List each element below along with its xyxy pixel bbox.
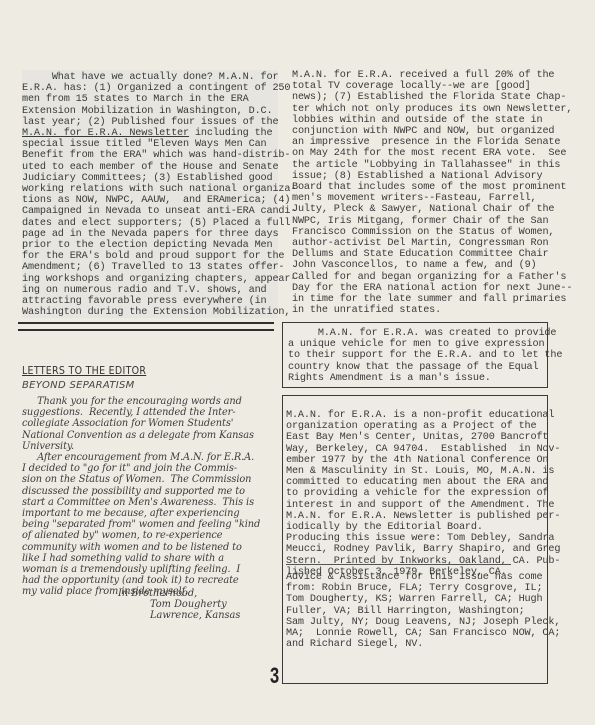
text-line: woman is a tremendously uplifting feelin… (22, 564, 260, 575)
text-line: ing on numerous radio and T.V. shows, an… (22, 285, 278, 296)
text-line: country know that the passage of the Equ… (288, 362, 562, 373)
text-line: Extension Mobilization in Washington, D.… (22, 106, 278, 117)
text-line: start a Committee on Men's Awareness. Th… (22, 497, 260, 508)
text-line: in time for the late summer and fall pri… (292, 294, 558, 305)
text-line: Washington during the Extension Mobiliza… (22, 307, 278, 318)
left-column-article: What have we actually done? M.A.N. forE.… (22, 70, 278, 318)
letter-closing: In Brotherhood, (118, 588, 197, 599)
text-line: men's movement writers--Fasteau, Farrell… (292, 193, 558, 204)
text-line: ter which not only produces its own News… (292, 104, 558, 115)
about-box-divider (286, 564, 511, 565)
text-line: an impressive presence in the Florida Se… (292, 137, 558, 148)
text-line: What have we actually done? M.A.N. for (22, 72, 278, 83)
letter-body: Thank you for the encouraging words ands… (22, 396, 260, 598)
text-line: Amendment; (6) Travelled to 13 states of… (22, 262, 278, 273)
text-line: in the unratified states. (292, 305, 558, 316)
text-line: prior to the election depicting Nevada M… (22, 240, 278, 251)
text-line: Meucci, Rodney Pavlik, Barry Shapiro, an… (286, 544, 560, 555)
text-line: M.A.N. for E.R.A. was created to provide (288, 328, 562, 339)
text-line: attracting favorable press everywhere (i… (22, 296, 278, 307)
text-line: had the opportunity (and took it) to rec… (22, 575, 260, 586)
text-line: men from 15 states to March in the ERA (22, 94, 278, 105)
letter-title: BEYOND SEPARATISM (22, 380, 135, 391)
text-line: dates and elect supporters; (5) Placed a… (22, 218, 278, 229)
text-line: lobbies within and outside of the state … (292, 115, 558, 126)
text-line: Rights Amendment is a man's issue. (288, 373, 562, 384)
text-line: Thank you for the encouraging words and (22, 396, 260, 407)
text-line: collegiate Association for Women Student… (22, 418, 260, 429)
text-line: to providing a vehicle for the expressio… (286, 488, 560, 499)
text-line: being "separated from" women and feeling… (22, 519, 260, 530)
text-line: John Vasconcellos, to name a few, and (9… (292, 260, 558, 271)
text-line: Judiciary Committees; (3) Established go… (22, 173, 278, 184)
text-line: for the ERA's bold and proud support for… (22, 251, 278, 262)
text-line: Tom Dougherty, KS; Warren Farrell, CA; H… (286, 594, 560, 605)
mission-text: M.A.N. for E.R.A. was created to provide… (288, 328, 562, 384)
text-line: After encouragement from M.A.N. for E.R.… (22, 452, 260, 463)
text-line: issue; (8) Established a National Adviso… (292, 171, 558, 182)
text-line: the article "Lobbying in Tallahassee" in… (292, 160, 558, 171)
text-line: Advice & Assistance for this issue has c… (286, 572, 560, 583)
text-line: E.R.A. has: (1) Organized a contingent o… (22, 83, 278, 94)
text-line: Board that includes some of the most pro… (292, 182, 558, 193)
text-line: important to me because, after experienc… (22, 508, 260, 519)
text-line: a unique vehicle for men to give express… (288, 339, 562, 350)
text-line: Producing this issue were: Tom Debley, S… (286, 533, 560, 544)
text-line: M.A.N. for E.R.A. is a non-profit educat… (286, 410, 560, 421)
letters-heading: LETTERS TO THE EDITOR (22, 365, 146, 377)
about-box: M.A.N. for E.R.A. is a non-profit educat… (282, 395, 548, 684)
text-line: community with women and to be listened … (22, 542, 260, 553)
text-line: uted to each member of the House and Sen… (22, 162, 278, 173)
text-line: last year; (2) Published four issues of … (22, 117, 278, 128)
text-line: Way, Berkeley, CA 94704. Established in … (286, 444, 560, 455)
text-line: and Richard Siegel, NV. (286, 639, 560, 650)
text-line: National Convention as a delegate from K… (22, 430, 260, 441)
text-line: Francisco Commission on the Status of Wo… (292, 227, 558, 238)
text-line: East Bay Men's Center, Unitas, 2700 Banc… (286, 432, 560, 443)
text-line: Day for the ERA national action for next… (292, 283, 558, 294)
text-line: M.A.N. for E.R.A. received a full 20% of… (292, 70, 558, 81)
text-line: from: Robin Bruce, FLA; Terry Cosgrove, … (286, 583, 560, 594)
text-line: special issue titled "Eleven Ways Men Ca… (22, 139, 278, 150)
letter-author: Tom Dougherty (150, 599, 227, 610)
text-line: I decided to "go for it" and join the Co… (22, 463, 260, 474)
text-line: Julty, Pleck & Sawyer, National Chair of… (292, 204, 558, 215)
text-line: author-activist Del Martin, Congressman … (292, 238, 558, 249)
text-line: NWPC, Iris Mitgang, former Chair of the … (292, 216, 558, 227)
letter-location: Lawrence, Kansas (150, 610, 240, 621)
text-line: to their support for the E.R.A. and to l… (288, 350, 562, 361)
text-line: tions as NOW, NWPC, AAUW, and ERAmerica;… (22, 195, 278, 206)
text-line: M.A.N. for E.R.A. Newsletter is publishe… (286, 511, 560, 522)
text-line: on May 24th for the most recent ERA vote… (292, 148, 558, 159)
text-line: ing workshops and organizing chapters, a… (22, 274, 278, 285)
text-line: M.A.N. for E.R.A. Newsletter including t… (22, 128, 278, 139)
text-line: total TV coverage locally--we are [good] (292, 81, 558, 92)
text-line: interest in and support of the Amendment… (286, 500, 560, 511)
text-line: committed to educating men about the ERA… (286, 477, 560, 488)
text-line: Campaigned in Nevada to unseat anti-ERA … (22, 206, 278, 217)
text-line: iodically by the Editorial Board. (286, 522, 560, 533)
text-line: news); (7) Established the Florida State… (292, 92, 558, 103)
about-text: M.A.N. for E.R.A. is a non-profit educat… (286, 410, 560, 578)
text-line: discussed the possibility and supported … (22, 486, 260, 497)
text-line: Benefit from the ERA" which was hand-dis… (22, 150, 278, 161)
text-line: Fuller, VA; Bill Harrington, Washington; (286, 606, 560, 617)
text-line: Sam Julty, NY; Doug Leavens, NJ; Joseph … (286, 617, 560, 628)
text-line: suggestions. Recently, I attended the In… (22, 407, 260, 418)
text-line: sion on the Status of Women. The Commiss… (22, 474, 260, 485)
text-line: Dellums and State Education Committee Ch… (292, 249, 558, 260)
text-line: Men & Masculinity in St. Louis, MO, M.A.… (286, 466, 560, 477)
mission-box: M.A.N. for E.R.A. was created to provide… (282, 322, 548, 388)
right-column-article: M.A.N. for E.R.A. received a full 20% of… (292, 70, 558, 316)
text-line: like I had something valid to share with… (22, 553, 260, 564)
advice-text: Advice & Assistance for this issue has c… (286, 572, 560, 650)
text-line: University. (22, 441, 260, 452)
text-line: working relations with such national org… (22, 184, 278, 195)
text-line: conjunction with NWPC and NOW, but organ… (292, 126, 558, 137)
text-line: Stern. Printed by Inkworks, Oakland, CA.… (286, 556, 560, 567)
text-line: page ad in the Nevada papers for three d… (22, 229, 278, 240)
text-line: of alienated by" women, to re-experience (22, 530, 260, 541)
text-line: ember 1977 by the 4th National Conferenc… (286, 455, 560, 466)
page-number: 3 (270, 663, 279, 689)
section-divider (18, 322, 274, 331)
text-line: organization operating as a Project of t… (286, 421, 560, 432)
text-line: Called for and began organizing for a Fa… (292, 272, 558, 283)
text-line: MA; Lonnie Rowell, CA; San Francisco NOW… (286, 628, 560, 639)
